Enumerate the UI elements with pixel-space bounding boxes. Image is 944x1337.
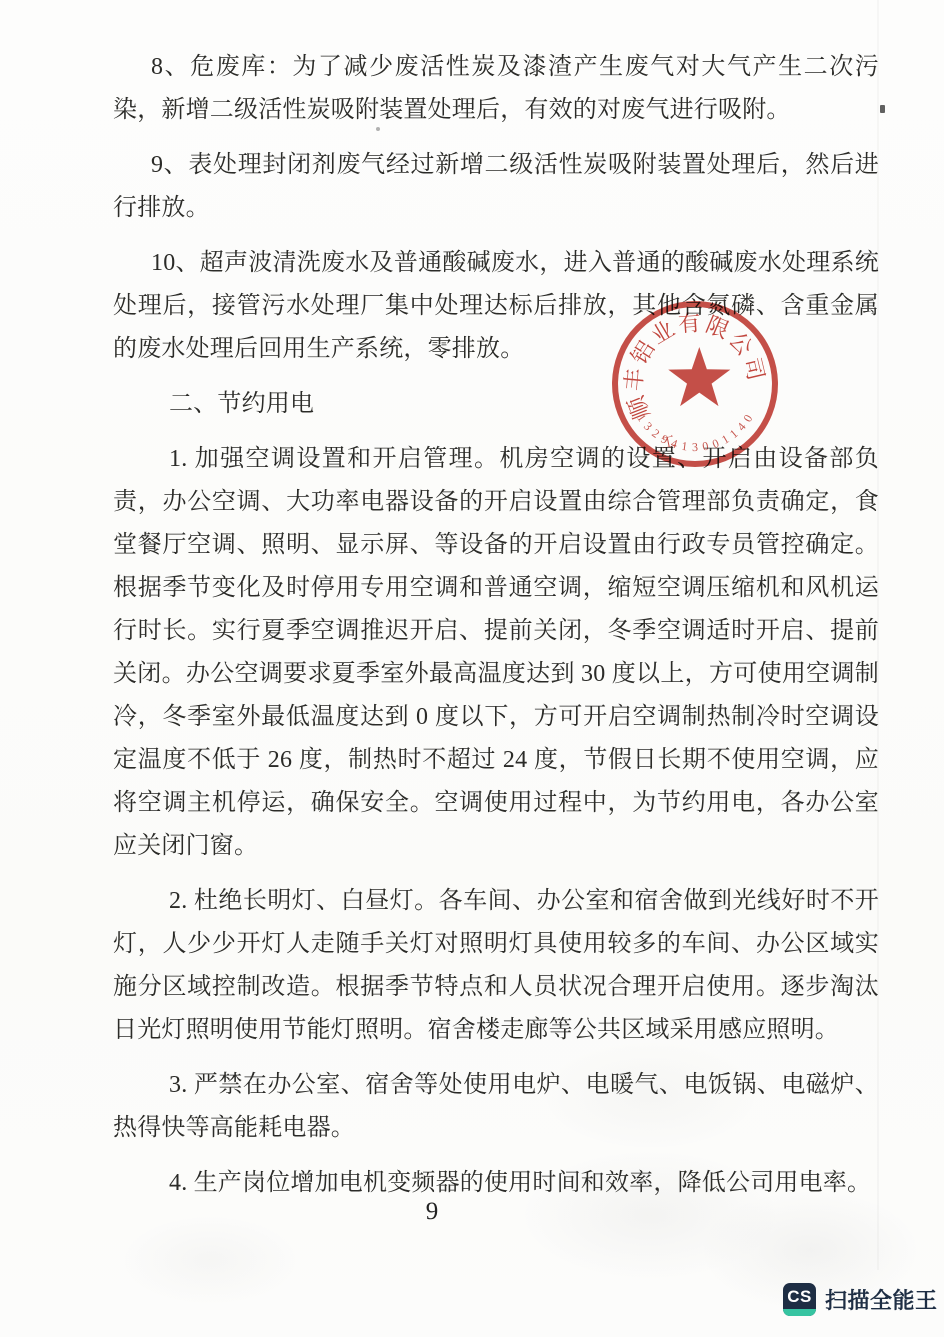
scan-artifact-speck bbox=[376, 127, 380, 131]
scan-noise-patch bbox=[120, 1215, 300, 1305]
paragraph: 2. 杜绝长明灯、白昼灯。各车间、办公室和宿舍做到光线好时不开灯，人少少开灯人走… bbox=[113, 880, 879, 1052]
seal-star-icon bbox=[668, 347, 730, 406]
company-seal: 顺丰铝业有限公司 1329413001140 工 bbox=[609, 298, 781, 470]
scan-seam-line bbox=[877, 0, 879, 1270]
paragraph: 8、危废库：为了减少废活性炭及漆渣产生废气对大气产生二次污染，新增二级活性炭吸附… bbox=[113, 46, 879, 132]
camscanner-watermark: CS 扫描全能王 bbox=[783, 1283, 938, 1316]
paragraph: 4. 生产岗位增加电机变频器的使用时间和效率，降低公司用电率。 bbox=[113, 1162, 879, 1205]
camscanner-app-name: 扫描全能王 bbox=[825, 1284, 938, 1315]
scanned-document-page: 8、危废库：为了减少废活性炭及漆渣产生废气对大气产生二次污染，新增二级活性炭吸附… bbox=[0, 0, 944, 1337]
camscanner-logo-icon: CS bbox=[783, 1283, 816, 1316]
page-number: 9 bbox=[408, 1198, 456, 1226]
scan-artifact-dot bbox=[880, 105, 885, 113]
paragraph: 9、表处理封闭剂废气经过新增二级活性炭吸附装置处理后，然后进行排放。 bbox=[113, 144, 879, 230]
paragraph: 3. 严禁在办公室、宿舍等处使用电炉、电暖气、电饭锅、电磁炉、热得快等高能耗电器… bbox=[113, 1064, 879, 1150]
document-body: 8、危废库：为了减少废活性炭及漆渣产生废气对大气产生二次污染，新增二级活性炭吸附… bbox=[113, 46, 879, 1205]
camscanner-logo-strip bbox=[783, 1309, 816, 1316]
camscanner-logo-letters: CS bbox=[783, 1284, 816, 1310]
paragraph: 1. 加强空调设置和开启管理。机房空调的设置、开启由设备部负责，办公空调、大功率… bbox=[113, 438, 879, 868]
